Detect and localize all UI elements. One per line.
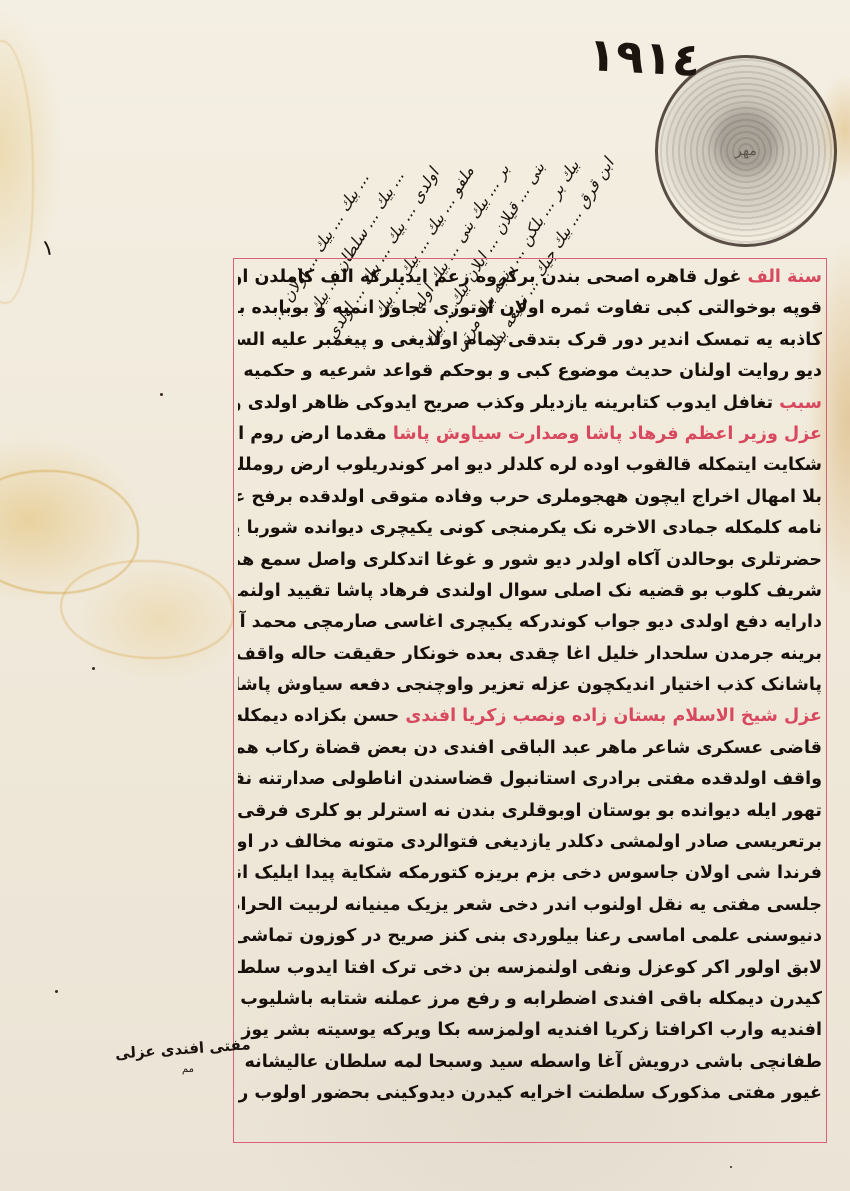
- line-text: فرندا شی اولان جاسوس دخی بزم بریزه کتورم…: [238, 863, 822, 883]
- line-text: کیدرن دیمکله باقی افندی اضطرابه و رفع مر…: [238, 989, 822, 1009]
- manuscript-page: ابن قرق ... بیك جیك ... نمیعه بیك بیك بر…: [0, 0, 850, 1191]
- line-text: افندیه وارب اکرافتا زکریا افندیه اولمزسه…: [238, 1020, 822, 1040]
- text-line: افندیه وارب اکرافتا زکریا افندیه اولمزسه…: [238, 1015, 822, 1046]
- line-text: برینه جرمدن سلحدار خلیل اغا چقدی بعده خو…: [238, 644, 822, 664]
- line-text: مقدما ارض روم اهالیسی بکلربکی تعدی: [238, 424, 387, 444]
- main-text-block: سنة الف غول قاهره اصحی بندن برکروه زعم ا…: [238, 262, 822, 1110]
- text-line: طفانچی باشی درویش آغا واسطه سید وسبحا لم…: [238, 1047, 822, 1078]
- text-line: پاشانک کذب اختیار اندیکچون عزله تعزیر وا…: [238, 670, 822, 701]
- text-line: عزل وزیر اعظم فرهاد پاشا وصدارت سیاوش پا…: [238, 419, 822, 450]
- margin-side-note: مفتی افندی عزلی: [115, 1035, 252, 1062]
- line-text: تغافل ایدوب کتابرینه یازدیلر وکذب صریح ا…: [238, 393, 773, 413]
- text-line: دیو روایت اولنان حدیث موضوع کبی و بوحکم …: [238, 356, 822, 387]
- text-line: سبب تغافل ایدوب کتابرینه یازدیلر وکذب صر…: [238, 388, 822, 419]
- ink-speck: [92, 667, 95, 670]
- line-text: حسن بکزاده دیمکله شهر رجبده اناطولی: [238, 706, 399, 726]
- line-text: بلا امهال اخراج ایچون ههجوملری حرب وفاده…: [238, 487, 822, 507]
- line-text: دیو روایت اولنان حدیث موضوع کبی و بوحکم …: [238, 361, 822, 381]
- line-text: قوپه بوخوالتی کبی تفاوت ثمره اولان اوتوز…: [238, 298, 822, 318]
- text-line: شریف کلوب بو قضیه نک اصلی سوال اولندی فر…: [238, 576, 822, 607]
- year-number: ١٩١٤: [587, 27, 702, 87]
- line-text: قاضی عسکری شاعر ماهر عبد الباقی افندی دن…: [238, 738, 822, 758]
- text-line: قوپه بوخوالتی کبی تفاوت ثمره اولان اوتوز…: [238, 293, 822, 324]
- text-line: شکایت ایتمکله قالقوب اوده لره کلدلر دیو …: [238, 450, 822, 481]
- line-text: دنیوسنی علمی اماسی رعنا بیلوردی بنی کنز …: [238, 926, 822, 946]
- line-text: دارایه دفع اولدی دیو جواب کوندرکه یکیچری…: [238, 612, 822, 632]
- line-text: شکایت ایتمکله قالقوب اوده لره کلدلر دیو …: [238, 455, 822, 475]
- text-line: برتعریسی صادر اولمشی دکلدر یازدیغی فتوال…: [238, 827, 822, 858]
- rubric-heading: عزل شیخ الاسلام بستان زاده ونصب زکریا اف…: [405, 706, 822, 726]
- line-text: برتعریسی صادر اولمشی دکلدر یازدیغی فتوال…: [238, 832, 822, 852]
- rubric-heading: سنة الف: [748, 267, 822, 287]
- rubric-heading: سبب: [779, 393, 822, 413]
- line-text: جلسی مفتی یه نقل اولنوب اندر دخی شعر یزی…: [238, 895, 822, 915]
- line-text: غول قاهره اصحی بندن برکروه زعم ایدیلرکه …: [238, 267, 741, 287]
- text-line: برینه جرمدن سلحدار خلیل اغا چقدی بعده خو…: [238, 639, 822, 670]
- text-line: جلسی مفتی یه نقل اولنوب اندر دخی شعر یزی…: [238, 890, 822, 921]
- ink-speck: [730, 1166, 732, 1168]
- text-line: سنة الف غول قاهره اصحی بندن برکروه زعم ا…: [238, 262, 822, 293]
- ink-speck: [160, 393, 163, 396]
- line-text: نامه کلمکله جمادی الاخره نک یکرمنجی کونی…: [238, 518, 822, 538]
- ink-speck: [55, 990, 58, 993]
- line-text: حضرتلری بوحالدن آکاه اولدر دیو شور و غوغ…: [238, 550, 822, 570]
- line-text: شریف کلوب بو قضیه نک اصلی سوال اولندی فر…: [238, 581, 822, 601]
- text-line: کیدرن دیمکله باقی افندی اضطرابه و رفع مر…: [238, 984, 822, 1015]
- text-line: فرندا شی اولان جاسوس دخی بزم بریزه کتورم…: [238, 858, 822, 889]
- text-line: دنیوسنی علمی اماسی رعنا بیلوردی بنی کنز …: [238, 921, 822, 952]
- text-line: غیور مفتی مذکورک سلطنت اخرایه کیدرن دیدو…: [238, 1078, 822, 1109]
- text-line: واقف اولدقده مفتی برادری استانبول قضاسند…: [238, 764, 822, 795]
- seal-inscription: مهر: [688, 88, 804, 214]
- line-text: تهور ایله دیوانده بو بوستان اوبوقلری بند…: [238, 801, 822, 821]
- rubric-heading: عزل وزیر اعظم فرهاد پاشا وصدارت سیاوش پا…: [393, 424, 822, 444]
- text-line: حضرتلری بوحالدن آکاه اولدر دیو شور و غوغ…: [238, 545, 822, 576]
- line-text: واقف اولدقده مفتی برادری استانبول قضاسند…: [238, 769, 822, 789]
- text-line: نامه کلمکله جمادی الاخره نک یکرمنجی کونی…: [238, 513, 822, 544]
- line-text: طفانچی باشی درویش آغا واسطه سید وسبحا لم…: [238, 1052, 822, 1072]
- text-line: عزل شیخ الاسلام بستان زاده ونصب زکریا اف…: [238, 701, 822, 732]
- text-line: دارایه دفع اولدی دیو جواب کوندرکه یکیچری…: [238, 607, 822, 638]
- text-line: کاذبه یه تمسک اندیر دور قرک بتدقی تمام ا…: [238, 325, 822, 356]
- margin-side-note-sub: مم: [182, 1064, 194, 1075]
- line-text: کاذبه یه تمسک اندیر دور قرک بتدقی تمام ا…: [238, 330, 822, 350]
- text-line: قاضی عسکری شاعر ماهر عبد الباقی افندی دن…: [238, 733, 822, 764]
- line-text: غیور مفتی مذکورک سلطنت اخرایه کیدرن دیدو…: [238, 1083, 822, 1103]
- line-text: لابق اولور اکر کوعزل ونفی اولنمزسه بن دخ…: [238, 958, 822, 978]
- seal-stamp: مهر: [655, 55, 837, 247]
- text-line: بلا امهال اخراج ایچون ههجوملری حرب وفاده…: [238, 482, 822, 513]
- line-text: پاشانک کذب اختیار اندیکچون عزله تعزیر وا…: [238, 675, 822, 695]
- text-line: لابق اولور اکر کوعزل ونفی اولنمزسه بن دخ…: [238, 953, 822, 984]
- text-line: تهور ایله دیوانده بو بوستان اوبوقلری بند…: [238, 796, 822, 827]
- water-stain: [60, 560, 234, 659]
